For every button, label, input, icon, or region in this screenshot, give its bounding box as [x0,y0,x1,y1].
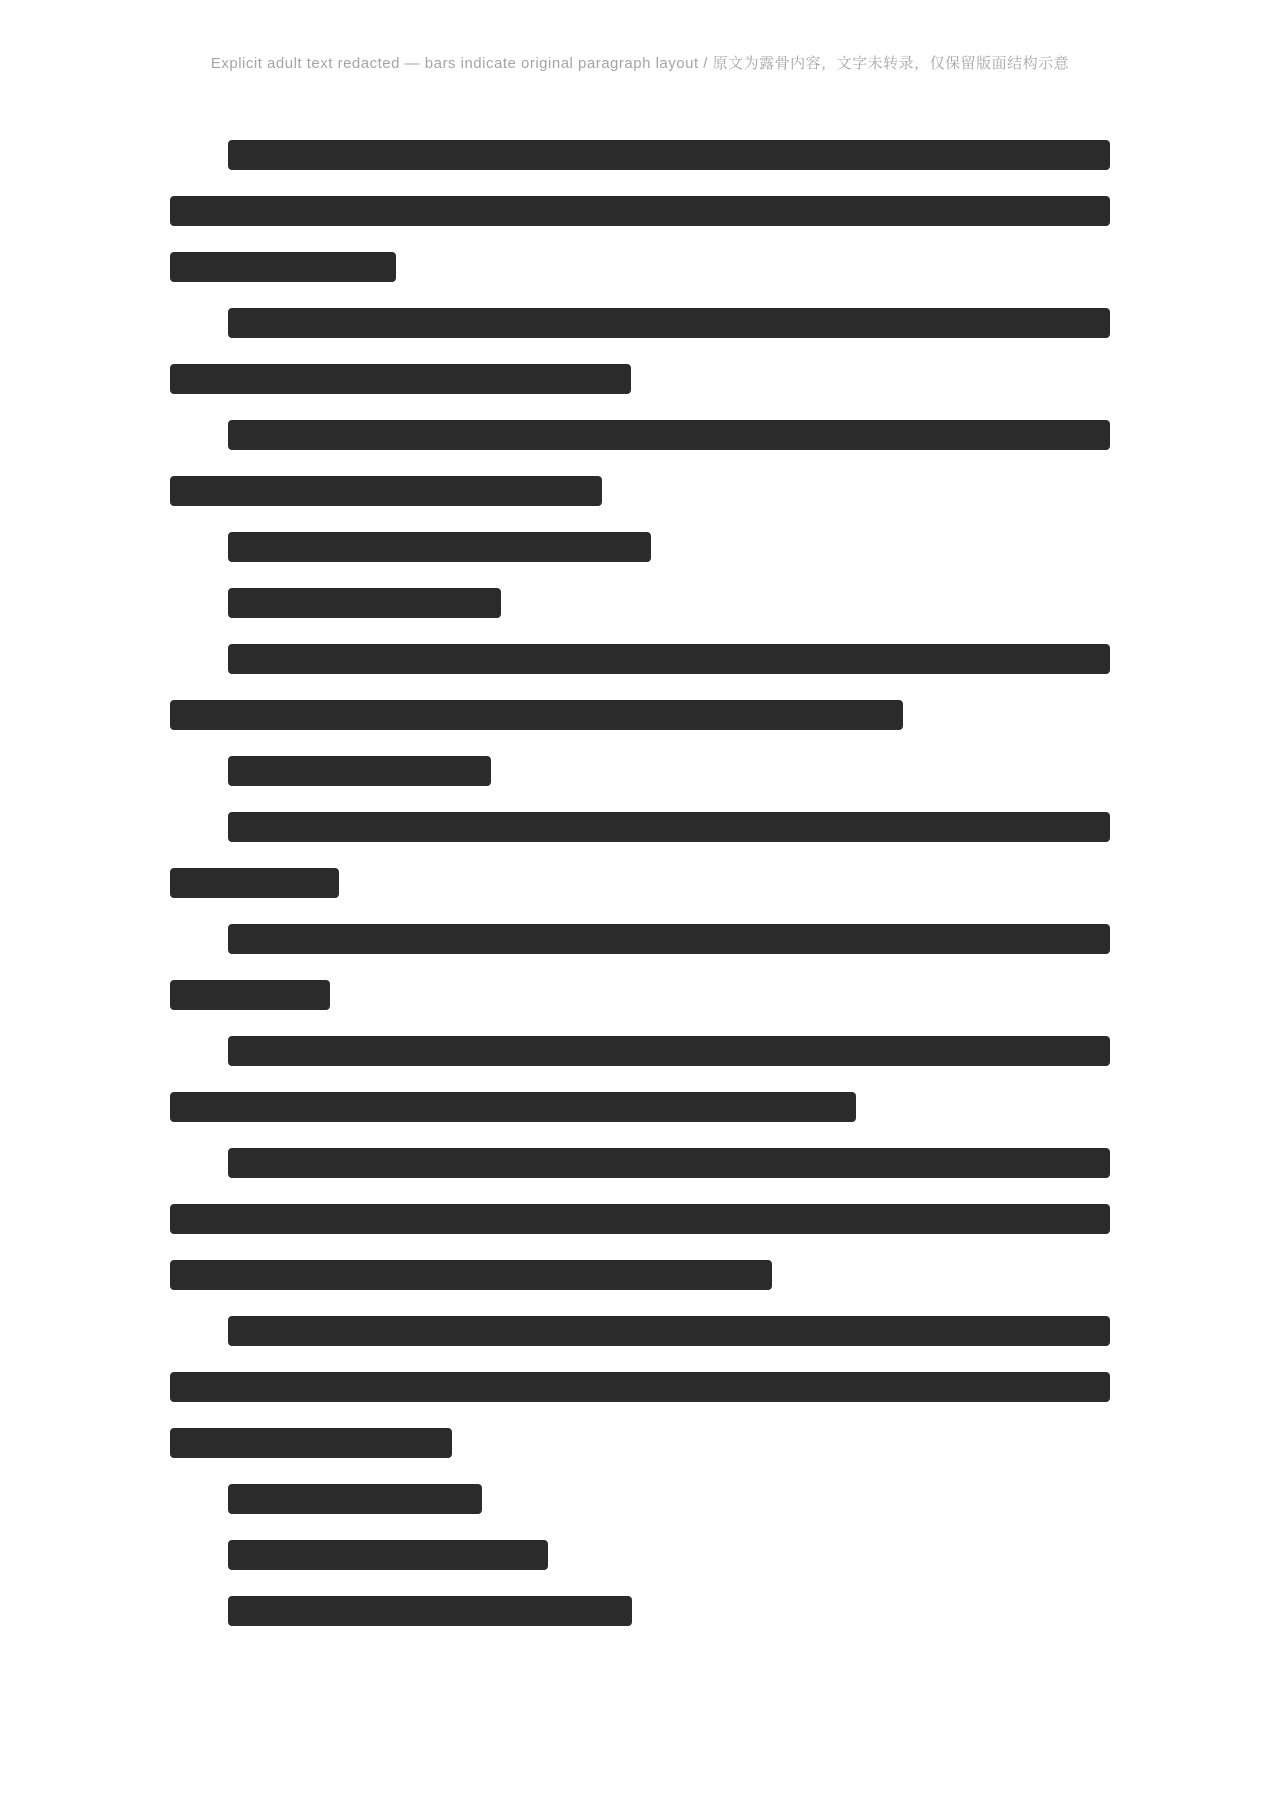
redacted-text-line [170,252,396,282]
redacted-paragraph-narration [170,308,1110,394]
redacted-text-line [170,700,903,730]
redacted-text-line [228,924,1110,954]
redacted-paragraph-narration [170,644,1110,730]
redacted-paragraph-dialogue [170,1596,1110,1626]
document-page: Explicit adult text redacted — bars indi… [0,0,1280,1809]
redacted-text-line [228,756,491,786]
redacted-text-line [228,1036,1110,1066]
redacted-text-line [228,532,651,562]
redacted-paragraph-narration [170,924,1110,1010]
redacted-text-line [228,308,1110,338]
redacted-paragraph-narration [170,1316,1110,1458]
redacted-paragraph-dialogue [170,588,1110,618]
redacted-text-line [228,1484,482,1514]
redacted-text-line [228,588,501,618]
redacted-text-line [228,1596,632,1626]
redacted-text-line [170,1428,452,1458]
redacted-paragraph-dialogue [170,532,1110,562]
redacted-text-line [228,1148,1110,1178]
redacted-paragraph-dialogue [170,1036,1110,1122]
page-content [170,140,1110,1652]
redacted-text-line [228,812,1110,842]
redacted-text-line [170,1092,856,1122]
redacted-text-line [170,364,631,394]
redacted-text-line [170,196,1110,226]
redacted-text-line [228,420,1110,450]
redacted-paragraph-dialogue [170,1484,1110,1514]
redaction-notice: Explicit adult text redacted — bars indi… [0,52,1280,73]
redacted-paragraph-dialogue [170,756,1110,786]
redacted-paragraph-narration [170,420,1110,506]
redacted-text-line [228,1540,548,1570]
redacted-text-line [170,1204,1110,1234]
redacted-text-line [170,476,602,506]
redacted-text-line [228,644,1110,674]
redacted-paragraph-dialogue [170,1540,1110,1570]
redacted-text-line [228,140,1110,170]
redacted-paragraph-dialogue [170,140,1110,282]
redacted-paragraph-narration [170,812,1110,898]
redacted-text-line [170,868,339,898]
redacted-text-line [228,1316,1110,1346]
redacted-text-line [170,1372,1110,1402]
redacted-text-line [170,1260,772,1290]
redacted-paragraph-narration [170,1148,1110,1290]
redacted-text-line [170,980,330,1010]
